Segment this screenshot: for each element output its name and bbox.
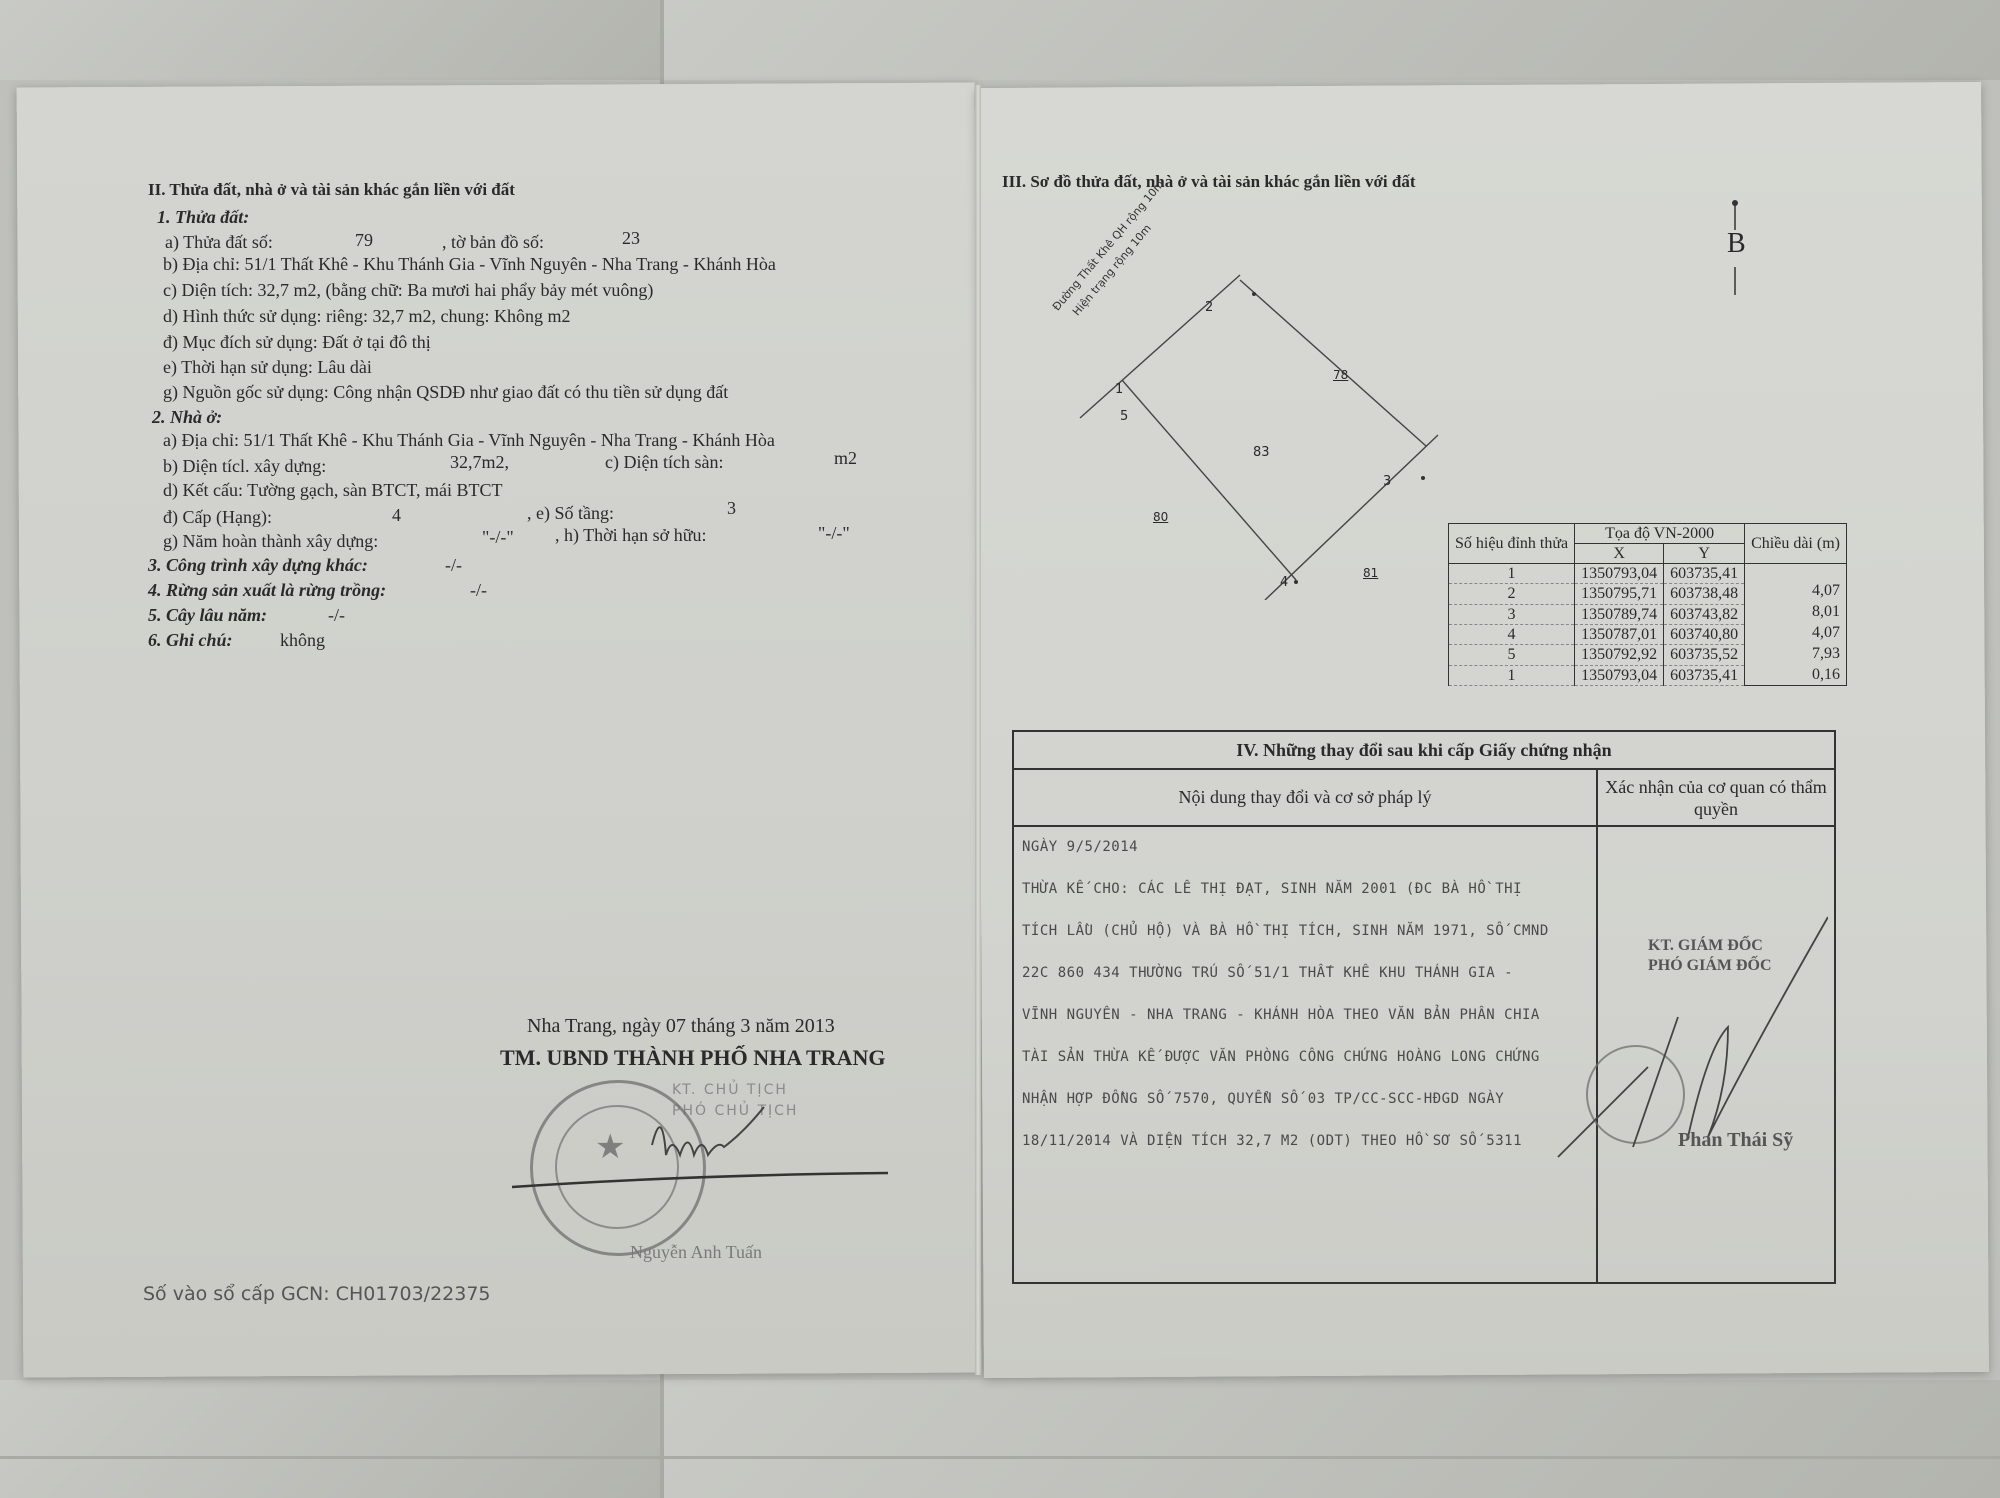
notes-value: không (280, 630, 325, 651)
segment-length: 7,93 (1751, 643, 1840, 664)
coord-y-cell: 603735,52 (1664, 645, 1745, 665)
col-change-content-header: Nội dung thay đổi và cơ sở pháp lý (1014, 770, 1598, 825)
signature-scribble-icon (510, 1095, 890, 1205)
coord-y-cell: 603735,41 (1664, 564, 1745, 584)
neighbor-parcel-81: 81 (1363, 566, 1378, 580)
segment-lengths-cell: 4,078,014,077,930,16 (1745, 564, 1847, 686)
confirmation-signature-icon (1538, 897, 1828, 1167)
floor-tile (664, 1380, 2000, 1498)
segment-length: 4,07 (1751, 622, 1840, 643)
registry-number: Số vào sổ cấp GCN: CH01703/22375 (143, 1283, 491, 1305)
usage-purpose: đ) Mục đích sử dụng: Đất ở tại đô thị (163, 332, 431, 353)
coord-vertex-cell: 4 (1449, 624, 1575, 644)
completion-year-label: g) Năm hoàn thành xây dựng: (163, 531, 378, 552)
vertex-4-label: 4 (1280, 575, 1288, 590)
section-ii-title: II. Thửa đất, nhà ở và tài sản khác gắn … (148, 180, 515, 200)
handwritten-change-line: NGÀY 9/5/2014 (1022, 839, 1138, 855)
ownership-term-value: "-/-" (818, 523, 850, 544)
build-area-label: b) Diện tícl. xây dựng: (163, 456, 326, 477)
col-confirmation-header: Xác nhận của cơ quan có thẩm quyền (1598, 770, 1834, 825)
other-construction-value: -/- (445, 555, 462, 576)
changes-table: IV. Những thay đổi sau khi cấp Giấy chứn… (1012, 730, 1836, 1284)
segment-length: 4,07 (1751, 580, 1840, 601)
coord-y-cell: 603735,41 (1664, 665, 1745, 685)
neighbor-parcel-80: 80 (1153, 510, 1168, 524)
issuing-authority: TM. UBND THÀNH PHỐ NHA TRANG (500, 1045, 885, 1071)
coord-x-cell: 1350795,71 (1575, 584, 1664, 604)
segment-length: 0,16 (1751, 664, 1840, 685)
col-coords-header: Tọa độ VN-2000 (1575, 524, 1745, 544)
perennial-trees-value: -/- (328, 605, 345, 626)
build-area-value: 32,7m2, (450, 452, 509, 473)
place-date: Nha Trang, ngày 07 tháng 3 năm 2013 (527, 1015, 835, 1038)
neighbor-parcel-78: 78 (1333, 368, 1348, 382)
vertex-3-label: 3 (1383, 474, 1391, 489)
changes-title: IV. Những thay đổi sau khi cấp Giấy chứn… (1014, 732, 1834, 770)
forest-value: -/- (470, 580, 487, 601)
floors-value: 3 (727, 498, 736, 519)
land-area: c) Diện tích: 32,7 m2, (bằng chữ: Ba mươ… (163, 280, 653, 301)
land-address: b) Địa chỉ: 51/1 Thất Khê - Khu Thánh Gi… (163, 254, 776, 275)
floor-tile (0, 1380, 660, 1498)
handwritten-change-line: THỪA KẾ CHO: CÁC LÊ THỊ ĐẠT, SINH NĂM 20… (1022, 881, 1522, 897)
issuer-signer-name: Nguyễn Anh Tuấn (630, 1242, 762, 1263)
handwritten-change-line: VĨNH NGUYÊN - NHA TRANG - KHÁNH HÒA THEO… (1022, 1007, 1540, 1023)
vertex-1-label: 1 (1115, 382, 1123, 397)
other-construction-label: 3. Công trình xây dựng khác: (148, 555, 368, 576)
usage-form: d) Hình thức sử dụng: riêng: 32,7 m2, ch… (163, 306, 570, 327)
coord-x-cell: 1350789,74 (1575, 604, 1664, 624)
parcel-diagram (1040, 260, 1460, 600)
coord-y-cell: 603743,82 (1664, 604, 1745, 624)
handwritten-change-line: 22C 860 434 THƯỜNG TRÚ SỐ 51/1 THẤT KHÊ … (1022, 965, 1513, 981)
col-x-header: X (1575, 544, 1664, 564)
coordinate-table: Số hiệu đỉnh thửa Tọa độ VN-2000 Chiều d… (1448, 523, 1847, 686)
coord-vertex-cell: 3 (1449, 604, 1575, 624)
coord-vertex-cell: 5 (1449, 645, 1575, 665)
coord-x-cell: 1350793,04 (1575, 564, 1664, 584)
land-heading: 1. Thửa đất: (157, 207, 249, 228)
coord-vertex-cell: 1 (1449, 564, 1575, 584)
coord-x-cell: 1350793,04 (1575, 665, 1664, 685)
coordinate-row: 11350793,04603735,414,078,014,077,930,16 (1449, 564, 1847, 584)
col-length-header: Chiều dài (m) (1745, 524, 1847, 564)
usage-duration: e) Thời hạn sử dụng: Lâu dài (163, 357, 372, 378)
floor-area-value: m2 (834, 448, 857, 469)
handwritten-change-line: TÀI SẢN THỪA KẾ ĐƯỢC VĂN PHÒNG CÔNG CHỨN… (1022, 1049, 1540, 1065)
coord-x-cell: 1350787,01 (1575, 624, 1664, 644)
floor-area-label: c) Diện tích sàn: (605, 452, 723, 473)
coord-y-cell: 603740,80 (1664, 624, 1745, 644)
ownership-term-label: , h) Thời hạn sở hữu: (555, 525, 706, 546)
section-iii-title: III. Sơ đồ thửa đất, nhà ở và tài sản kh… (1002, 172, 1416, 192)
change-content-cell: NGÀY 9/5/2014THỪA KẾ CHO: CÁC LÊ THỊ ĐẠT… (1014, 827, 1598, 1282)
completion-year-value: "-/-" (482, 527, 514, 548)
floor-tile (664, 0, 2000, 80)
grade-label: đ) Cấp (Hạng): (163, 507, 272, 528)
col-vertex-header: Số hiệu đỉnh thửa (1449, 524, 1575, 564)
vertex-2-label: 2 (1205, 300, 1213, 315)
forest-label: 4. Rừng sản xuất là rừng trồng: (148, 580, 386, 601)
floors-label: , e) Số tầng: (527, 503, 614, 524)
handwritten-change-line: 18/11/2014 VÀ DIỆN TÍCH 32,7 M2 (ODT) TH… (1022, 1133, 1522, 1149)
coord-vertex-cell: 2 (1449, 584, 1575, 604)
handwritten-change-line: TÍCH LẦU (CHỦ HỘ) VÀ BÀ HỒ THỊ TÍCH, SIN… (1022, 923, 1549, 939)
floor-grout (0, 1456, 2000, 1459)
confirmation-cell: KT. GIÁM ĐỐC PHÓ GIÁM ĐỐC Phan Thái Sỹ (1598, 827, 1834, 1282)
notes-label: 6. Ghi chú: (148, 630, 233, 651)
north-label: B (1727, 228, 1746, 260)
handwritten-change-line: NHẬN HỢP ĐỒNG SỐ 7570, QUYỂN SỐ 03 TP/CC… (1022, 1091, 1504, 1107)
floor-tile (0, 0, 660, 80)
confirm-signer-name: Phan Thái Sỹ (1678, 1129, 1793, 1152)
parcel-number-label: 83 (1253, 445, 1270, 460)
coord-x-cell: 1350792,92 (1575, 645, 1664, 665)
map-sheet-label: , tờ bản đồ số: (442, 232, 544, 253)
map-sheet-number: 23 (622, 228, 640, 249)
perennial-trees-label: 5. Cây lâu năm: (148, 605, 267, 626)
usage-origin: g) Nguồn gốc sử dụng: Công nhận QSDĐ như… (163, 382, 728, 403)
parcel-label: a) Thửa đất số: (165, 232, 273, 253)
segment-length: 8,01 (1751, 601, 1840, 622)
grade-value: 4 (392, 505, 401, 526)
house-structure: d) Kết cấu: Tường gạch, sàn BTCT, mái BT… (163, 480, 503, 501)
vertex-5-label: 5 (1120, 409, 1128, 424)
coord-vertex-cell: 1 (1449, 665, 1575, 685)
coord-y-cell: 603738,48 (1664, 584, 1745, 604)
page-spine (975, 85, 981, 1375)
house-address: a) Địa chỉ: 51/1 Thất Khê - Khu Thánh Gi… (163, 430, 775, 451)
house-heading: 2. Nhà ở: (152, 407, 222, 428)
col-y-header: Y (1664, 544, 1745, 564)
parcel-number: 79 (355, 230, 373, 251)
